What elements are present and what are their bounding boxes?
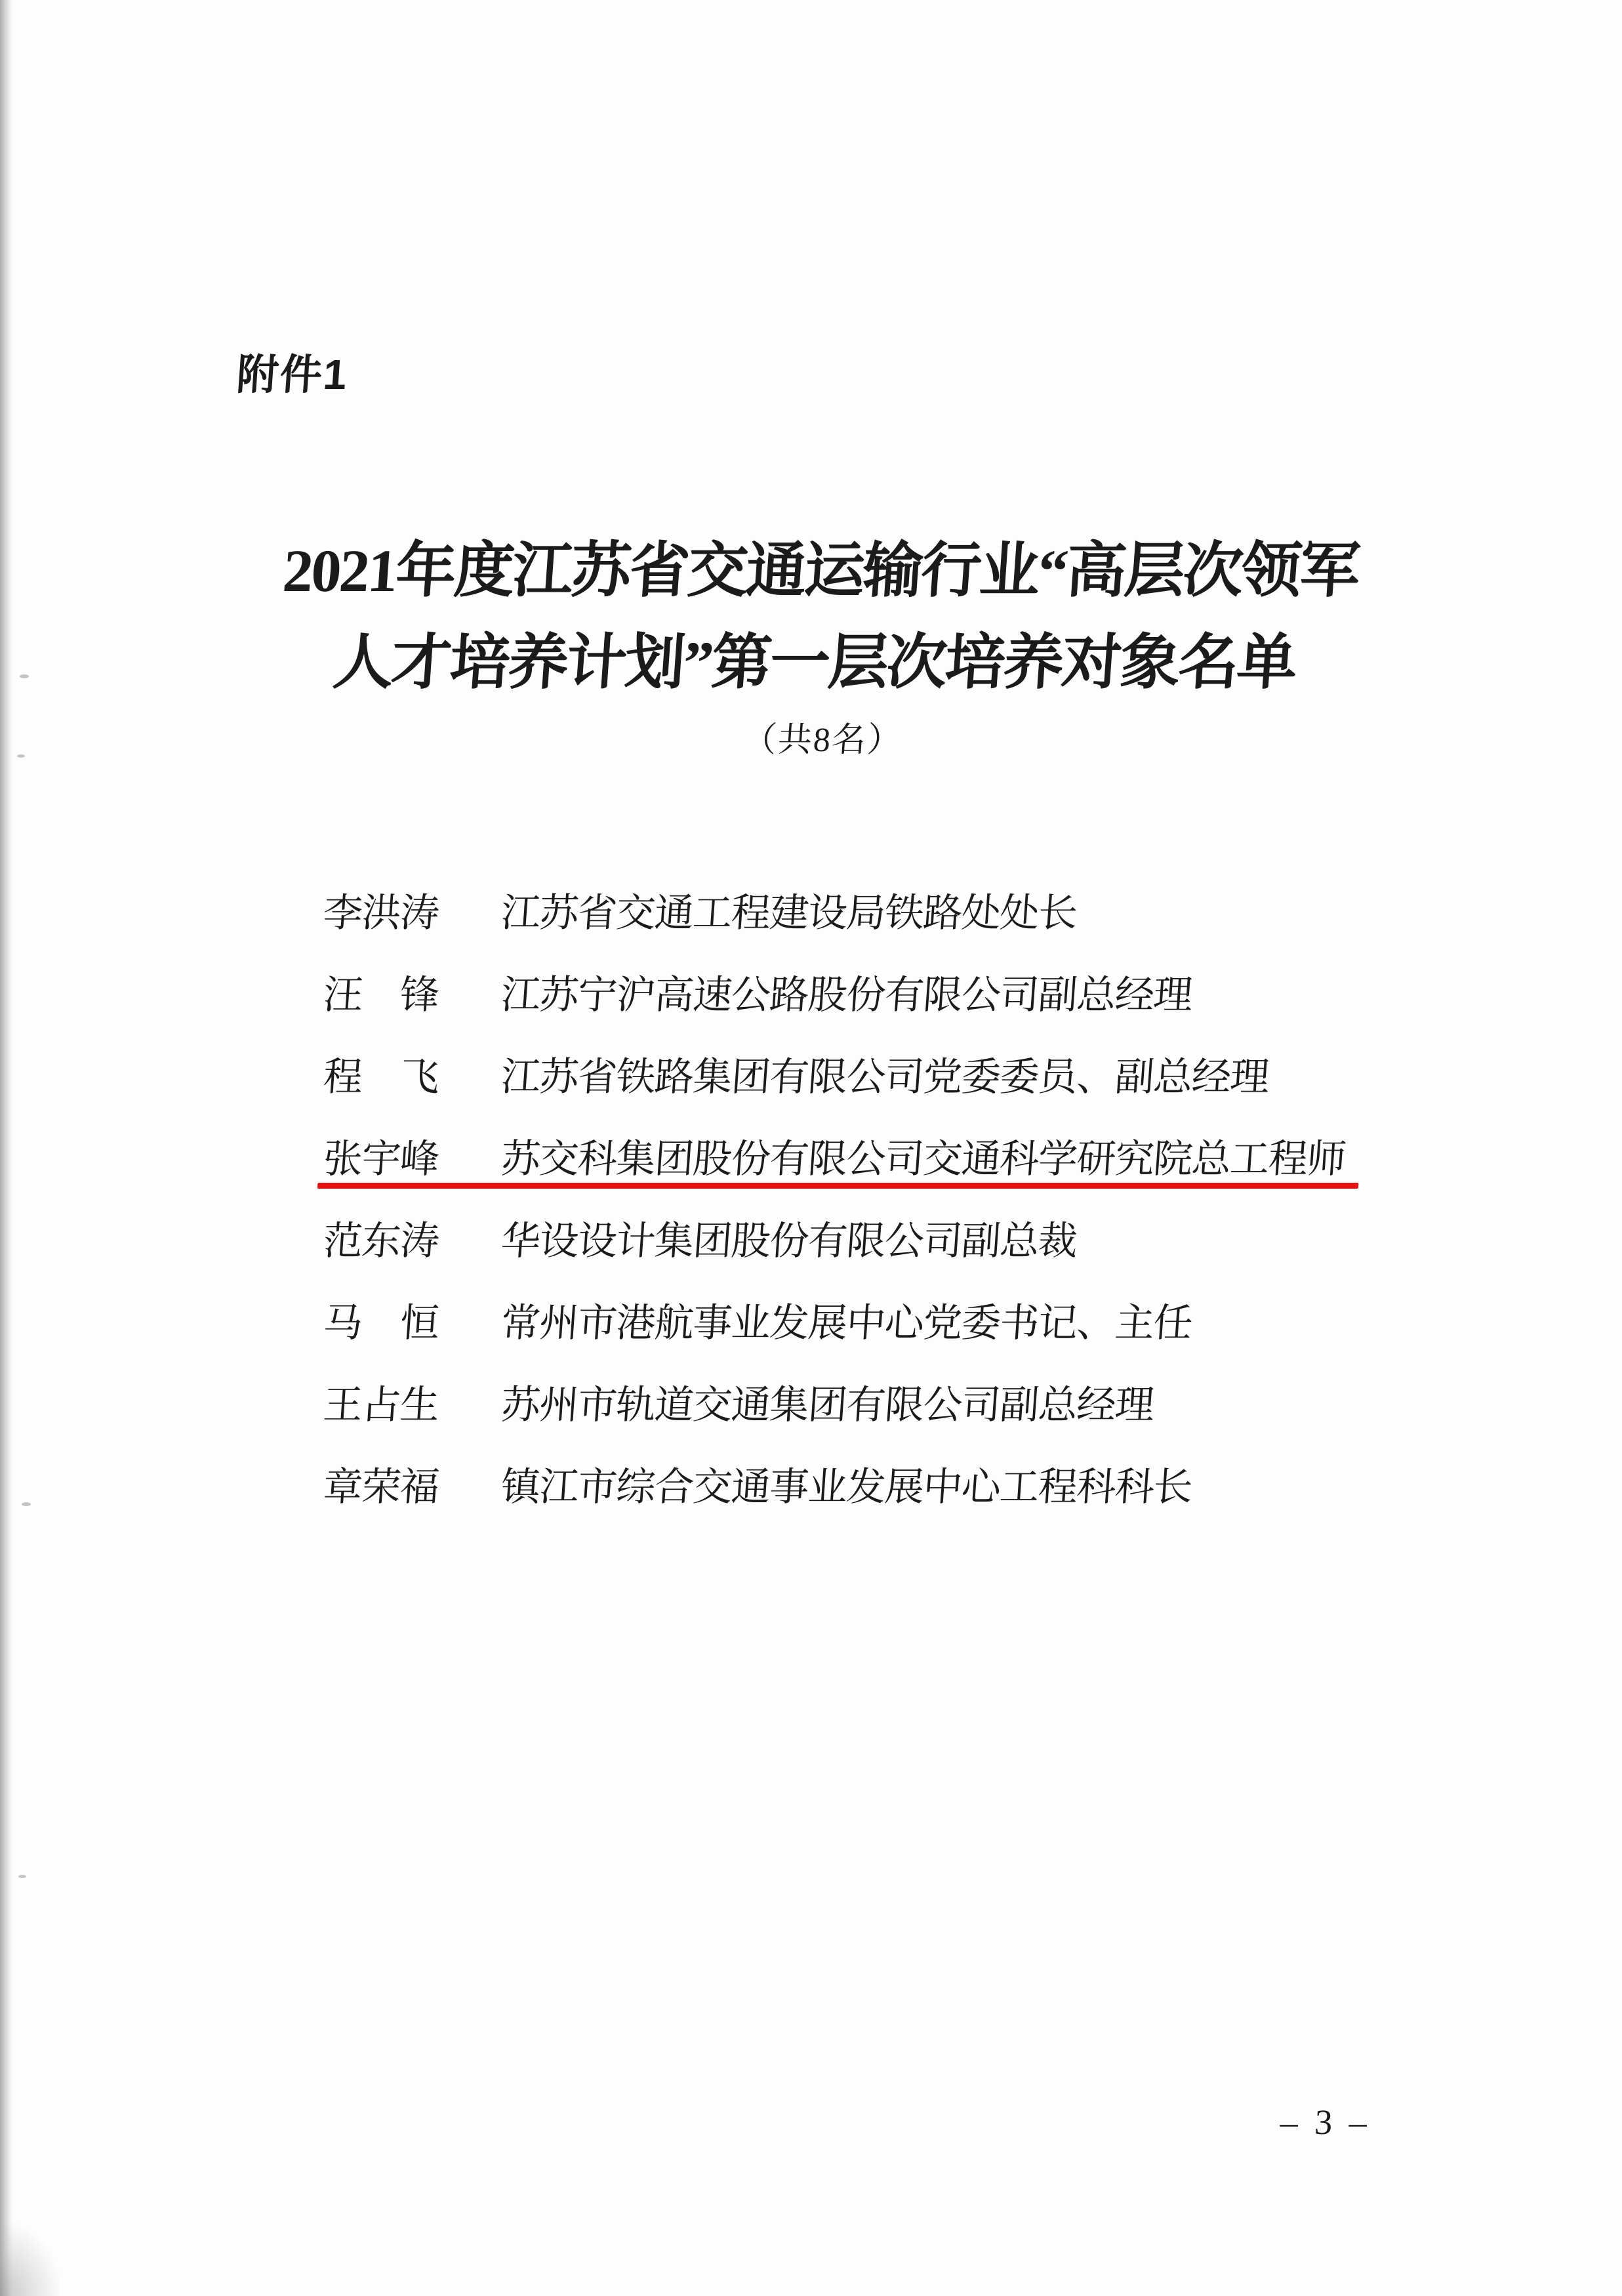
person-name: 张宇峰 — [321, 1128, 446, 1184]
list-row: 章荣福 镇江市综合交通事业发展中心工程科科长 — [321, 1443, 1442, 1525]
headcount-subtitle: （共8名） — [0, 718, 1622, 764]
document-title: 2021年度江苏省交通运输行业“高层次领军 人才培养计划”第一层次培养对象名单 — [0, 525, 1622, 708]
person-name: 程 飞 — [321, 1046, 446, 1102]
list-row-highlighted: 张宇峰 苏交科集团股份有限公司交通科学研究院总工程师 — [321, 1115, 1442, 1197]
person-position: 江苏省交通工程建设局铁路处处长 — [499, 882, 1079, 938]
person-name: 章荣福 — [321, 1456, 446, 1512]
person-position: 镇江市综合交通事业发展中心工程科科长 — [499, 1456, 1194, 1512]
person-position: 苏交科集团股份有限公司交通科学研究院总工程师 — [499, 1128, 1347, 1184]
list-row: 李洪涛 江苏省交通工程建设局铁路处处长 — [321, 869, 1442, 951]
scan-corner-smudge — [0, 2224, 59, 2296]
list-row: 汪 锋 江苏宁沪高速公路股份有限公司副总经理 — [321, 951, 1442, 1033]
person-name: 范东涛 — [321, 1210, 446, 1266]
scanned-document-page: 附件1 2021年度江苏省交通运输行业“高层次领军 人才培养计划”第一层次培养对… — [0, 0, 1622, 2296]
person-name: 李洪涛 — [321, 882, 446, 938]
list-row: 程 飞 江苏省铁路集团有限公司党委委员、副总经理 — [321, 1033, 1442, 1115]
title-line-1: 2021年度江苏省交通运输行业“高层次领军 — [7, 525, 1622, 617]
list-row: 范东涛 华设设计集团股份有限公司副总裁 — [321, 1197, 1442, 1279]
list-row: 王占生 苏州市轨道交通集团有限公司副总经理 — [321, 1361, 1442, 1443]
red-underline — [317, 1183, 1359, 1189]
person-position: 苏州市轨道交通集团有限公司副总经理 — [499, 1374, 1156, 1430]
scan-speck — [18, 1875, 26, 1878]
roster-list: 李洪涛 江苏省交通工程建设局铁路处处长 汪 锋 江苏宁沪高速公路股份有限公司副总… — [321, 869, 1436, 1525]
person-position: 华设设计集团股份有限公司副总裁 — [499, 1210, 1079, 1266]
person-position: 常州市港航事业发展中心党委书记、主任 — [499, 1292, 1194, 1348]
attachment-label: 附件1 — [235, 341, 350, 401]
title-line-2: 人才培养计划”第一层次培养对象名单 — [0, 617, 1622, 708]
person-name: 王占生 — [321, 1374, 446, 1430]
person-position: 江苏省铁路集团有限公司党委委员、副总经理 — [499, 1046, 1270, 1102]
person-position: 江苏宁沪高速公路股份有限公司副总经理 — [499, 964, 1194, 1020]
scan-edge-shadow — [0, 0, 13, 2296]
person-name: 马 恒 — [321, 1292, 446, 1348]
scan-speck — [22, 1502, 31, 1506]
page-number: – 3 – — [1279, 2102, 1371, 2142]
person-name: 汪 锋 — [321, 964, 446, 1020]
list-row: 马 恒 常州市港航事业发展中心党委书记、主任 — [321, 1279, 1442, 1361]
